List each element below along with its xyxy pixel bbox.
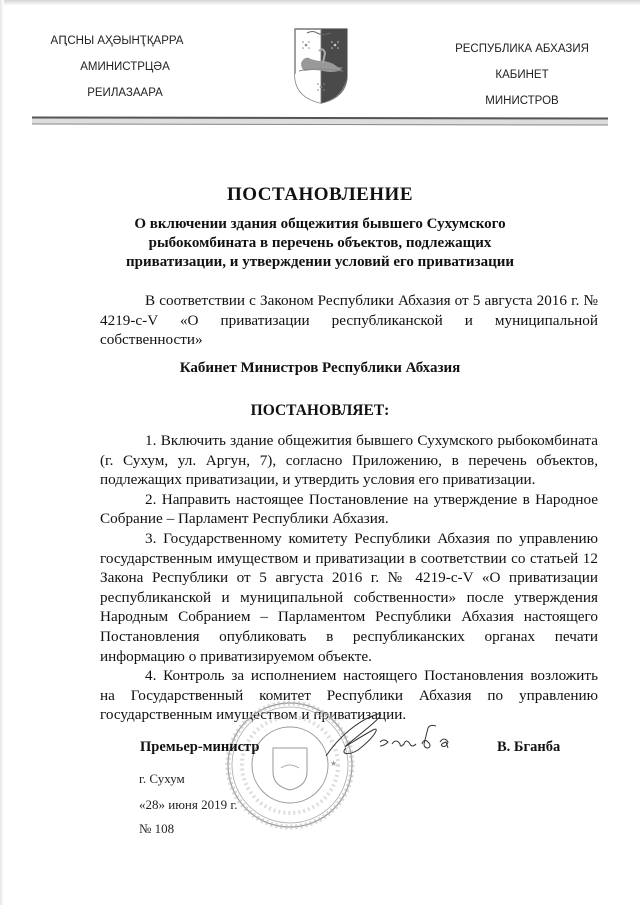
document-title: ПОСТАНОВЛЕНИЕ <box>0 184 640 206</box>
intro-text: В соответствии с Законом Республики Абха… <box>100 292 598 348</box>
header-right-line: КАБИНЕТ <box>432 62 612 88</box>
handwritten-signature <box>318 708 488 768</box>
intro-paragraph: В соответствии с Законом Республики Абха… <box>100 291 598 350</box>
decree-item: 3. Государственному комитету Республики … <box>100 529 598 666</box>
header-left-line: АМИНИСТРЦӘА <box>30 54 220 80</box>
subtitle-line: рыбокомбината в перечень объектов, подле… <box>0 234 640 253</box>
document-number: № 108 <box>139 821 174 837</box>
subtitle-line: О включении здания общежития бывшего Сух… <box>0 215 640 234</box>
header-right-line: МИНИСТРОВ <box>432 88 612 114</box>
document-city: г. Сухум <box>139 771 185 787</box>
scan-edge-left <box>0 0 4 905</box>
scan-edge-top <box>0 0 640 6</box>
header-left-line: АԤСНЫ АҲӘЫНҬҚАРРА <box>14 28 220 54</box>
decree-item: 2. Направить настоящее Постановление на … <box>100 490 598 529</box>
document-date: «28» июня 2019 г. <box>139 797 237 813</box>
header-right-line: РЕСПУБЛИКА АБХАЗИЯ <box>432 36 612 62</box>
decree-items: 1. Включить здание общежития бывшего Сух… <box>100 431 598 725</box>
document-subtitle: О включении здания общежития бывшего Сух… <box>0 215 640 272</box>
header-right-russian: РЕСПУБЛИКА АБХАЗИЯ КАБИНЕТ МИНИСТРОВ <box>432 36 612 114</box>
subtitle-line: приватизации, и утверждении условий его … <box>0 253 640 272</box>
signatory-role: Премьер-министр <box>140 739 259 756</box>
header-divider <box>32 116 608 125</box>
decree-item: 1. Включить здание общежития бывшего Сух… <box>100 431 598 490</box>
decrees-heading: ПОСТАНОВЛЯЕТ: <box>0 402 640 420</box>
header-left-abkhaz: АԤСНЫ АҲӘЫНҬҚАРРА АМИНИСТРЦӘА РЕИЛАЗААРА <box>30 28 220 106</box>
header-left-line: РЕИЛАЗААРА <box>30 80 220 106</box>
coat-of-arms-icon <box>293 27 349 105</box>
signatory-name: В. Бганба <box>497 739 560 756</box>
issuer-heading: Кабинет Министров Республики Абхазия <box>0 360 640 377</box>
